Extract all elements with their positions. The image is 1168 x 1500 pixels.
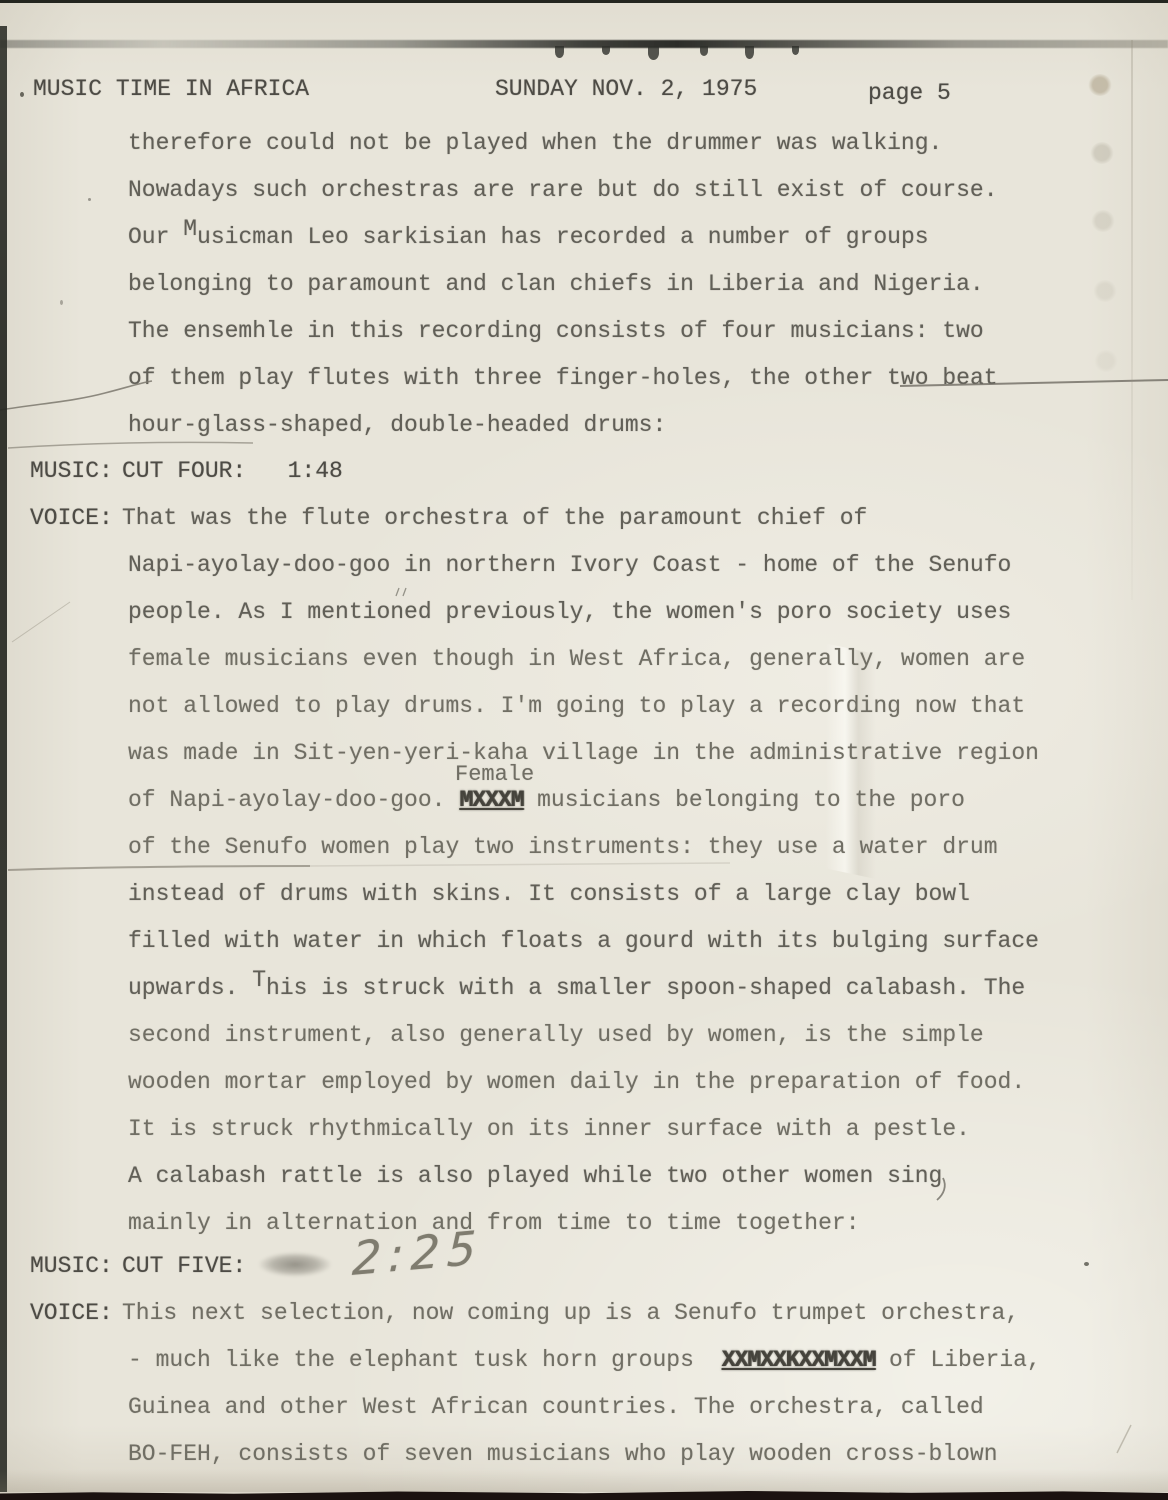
text-segment: - much like the elephant tusk horn group…	[128, 1347, 722, 1373]
typed-line: Nowadays such orchestras are rare but do…	[128, 177, 998, 203]
page-number: page 5	[868, 80, 951, 106]
typed-line: female musicians even though in West Afr…	[128, 646, 1025, 672]
pencil-rule-line	[8, 442, 253, 448]
typed-line: not allowed to play drums. I'm going to …	[128, 693, 1025, 719]
scanned-typescript-page: MUSIC TIME IN AFRICA SUNDAY NOV. 2, 1975…	[0, 0, 1168, 1500]
struck-out-text: XXMXXKXXMXXM	[722, 1347, 876, 1373]
tear-drip	[648, 46, 659, 60]
typed-line: Guinea and other West African countries.…	[128, 1394, 984, 1420]
fold-line-faint	[310, 863, 730, 866]
typed-line: of the Senufo women play two instruments…	[128, 834, 998, 860]
text-segment: his is struck with a smaller spoon-shape…	[266, 975, 1025, 1001]
scratch-mark	[12, 602, 70, 642]
fold-line	[8, 866, 310, 870]
paper-crease	[1131, 40, 1133, 600]
interlinear-insertion: Female	[455, 762, 534, 788]
punch-mark	[1093, 280, 1117, 302]
scan-edge-bottom	[0, 1490, 1168, 1500]
ink-speck	[60, 300, 63, 305]
ink-speck	[20, 92, 24, 97]
ink-speck	[88, 198, 91, 201]
typed-line: instead of drums with skins. It consists…	[128, 881, 970, 907]
punch-mark	[1090, 142, 1114, 164]
typed-line: filled with water in which floats a gour…	[128, 928, 1039, 954]
cue-label-music: MUSIC:	[30, 458, 113, 484]
cue-label-voice: VOICE:	[30, 1300, 113, 1326]
typed-line: second instrument, also generally used b…	[128, 1022, 984, 1048]
typed-line: That was the flute orchestra of the para…	[122, 505, 867, 531]
typed-line: - much like the elephant tusk horn group…	[128, 1347, 1041, 1373]
cue-text: CUT FIVE:	[122, 1253, 246, 1279]
typed-line: people. As I mentioned previously, the w…	[128, 599, 1011, 625]
scan-edge-left	[0, 26, 7, 1492]
text-segment: upwards.	[128, 975, 252, 1001]
ink-speck	[1084, 1262, 1089, 1266]
underlined-word: beat	[942, 365, 997, 391]
typed-line: of Napi-ayolay-doo-goo. MXXXM musicians …	[128, 787, 965, 813]
tear-drip	[602, 46, 610, 55]
typed-line: It is struck rhythmically on its inner s…	[128, 1116, 970, 1142]
text-segment: Our	[128, 224, 183, 250]
cue-text: CUT FOUR: 1:48	[122, 458, 343, 484]
tear-drip	[700, 46, 708, 56]
page-date: SUNDAY NOV. 2, 1975	[495, 76, 757, 102]
punch-mark	[1094, 350, 1118, 372]
tear-drip	[745, 46, 754, 59]
typed-line: This next selection, now coming up is a …	[122, 1300, 1019, 1326]
tear-drip	[555, 46, 564, 58]
typed-line: Napi-ayolay-doo-goo in northern Ivory Co…	[128, 552, 1011, 578]
typed-line: therefore could not be played when the d…	[128, 130, 942, 156]
typed-line: was made in Sit-yen-yeri-kaha village in…	[128, 740, 1039, 766]
tear-drip	[792, 46, 799, 55]
typed-quote-insertion-mark	[396, 588, 406, 596]
text-segment: usicman Leo sarkisian has recorded a num…	[197, 224, 929, 250]
struck-out-text: MXXXM	[459, 787, 523, 813]
typed-line: A calabash rattle is also played while t…	[128, 1163, 942, 1189]
bottom-shadow	[0, 1470, 1168, 1492]
cue-label-music: MUSIC:	[30, 1253, 113, 1279]
punch-mark	[1091, 210, 1115, 232]
typed-line: upwards. This is struck with a smaller s…	[128, 975, 1025, 1001]
typed-line: hour-glass-shaped, double-headed drums:	[128, 412, 666, 438]
torn-tape-edge	[0, 40, 1168, 48]
scribbled-out-text	[258, 1252, 332, 1277]
typed-line: Our Musicman Leo sarkisian has recorded …	[128, 224, 929, 250]
handwritten-duration: 2:25	[351, 1220, 484, 1286]
typed-line: wooden mortar employed by women daily in…	[128, 1069, 1025, 1095]
text-segment: of Liberia,	[875, 1347, 1041, 1373]
typed-line: BO-FEH, consists of seven musicians who …	[128, 1441, 998, 1467]
text-segment: musicians belonging to the poro	[523, 787, 965, 813]
typed-line: The ensemhle in this recording consists …	[128, 318, 984, 344]
text-segment: of Napi-ayolay-doo-goo.	[128, 787, 459, 813]
scan-edge-top	[0, 0, 1168, 3]
superscript-char: M	[183, 216, 197, 242]
typed-line: mainly in alternation and from time to t…	[128, 1210, 860, 1236]
page-title: MUSIC TIME IN AFRICA	[33, 76, 309, 102]
typed-line: belonging to paramount and clan chiefs i…	[128, 271, 984, 297]
typed-line: of them play flutes with three finger-ho…	[128, 365, 998, 391]
pencil-tick	[1117, 1425, 1131, 1453]
cue-label-voice: VOICE:	[30, 505, 113, 531]
punch-mark	[1088, 74, 1112, 96]
superscript-char: T	[252, 967, 266, 993]
text-segment: of them play flutes with three finger-ho…	[128, 365, 942, 391]
